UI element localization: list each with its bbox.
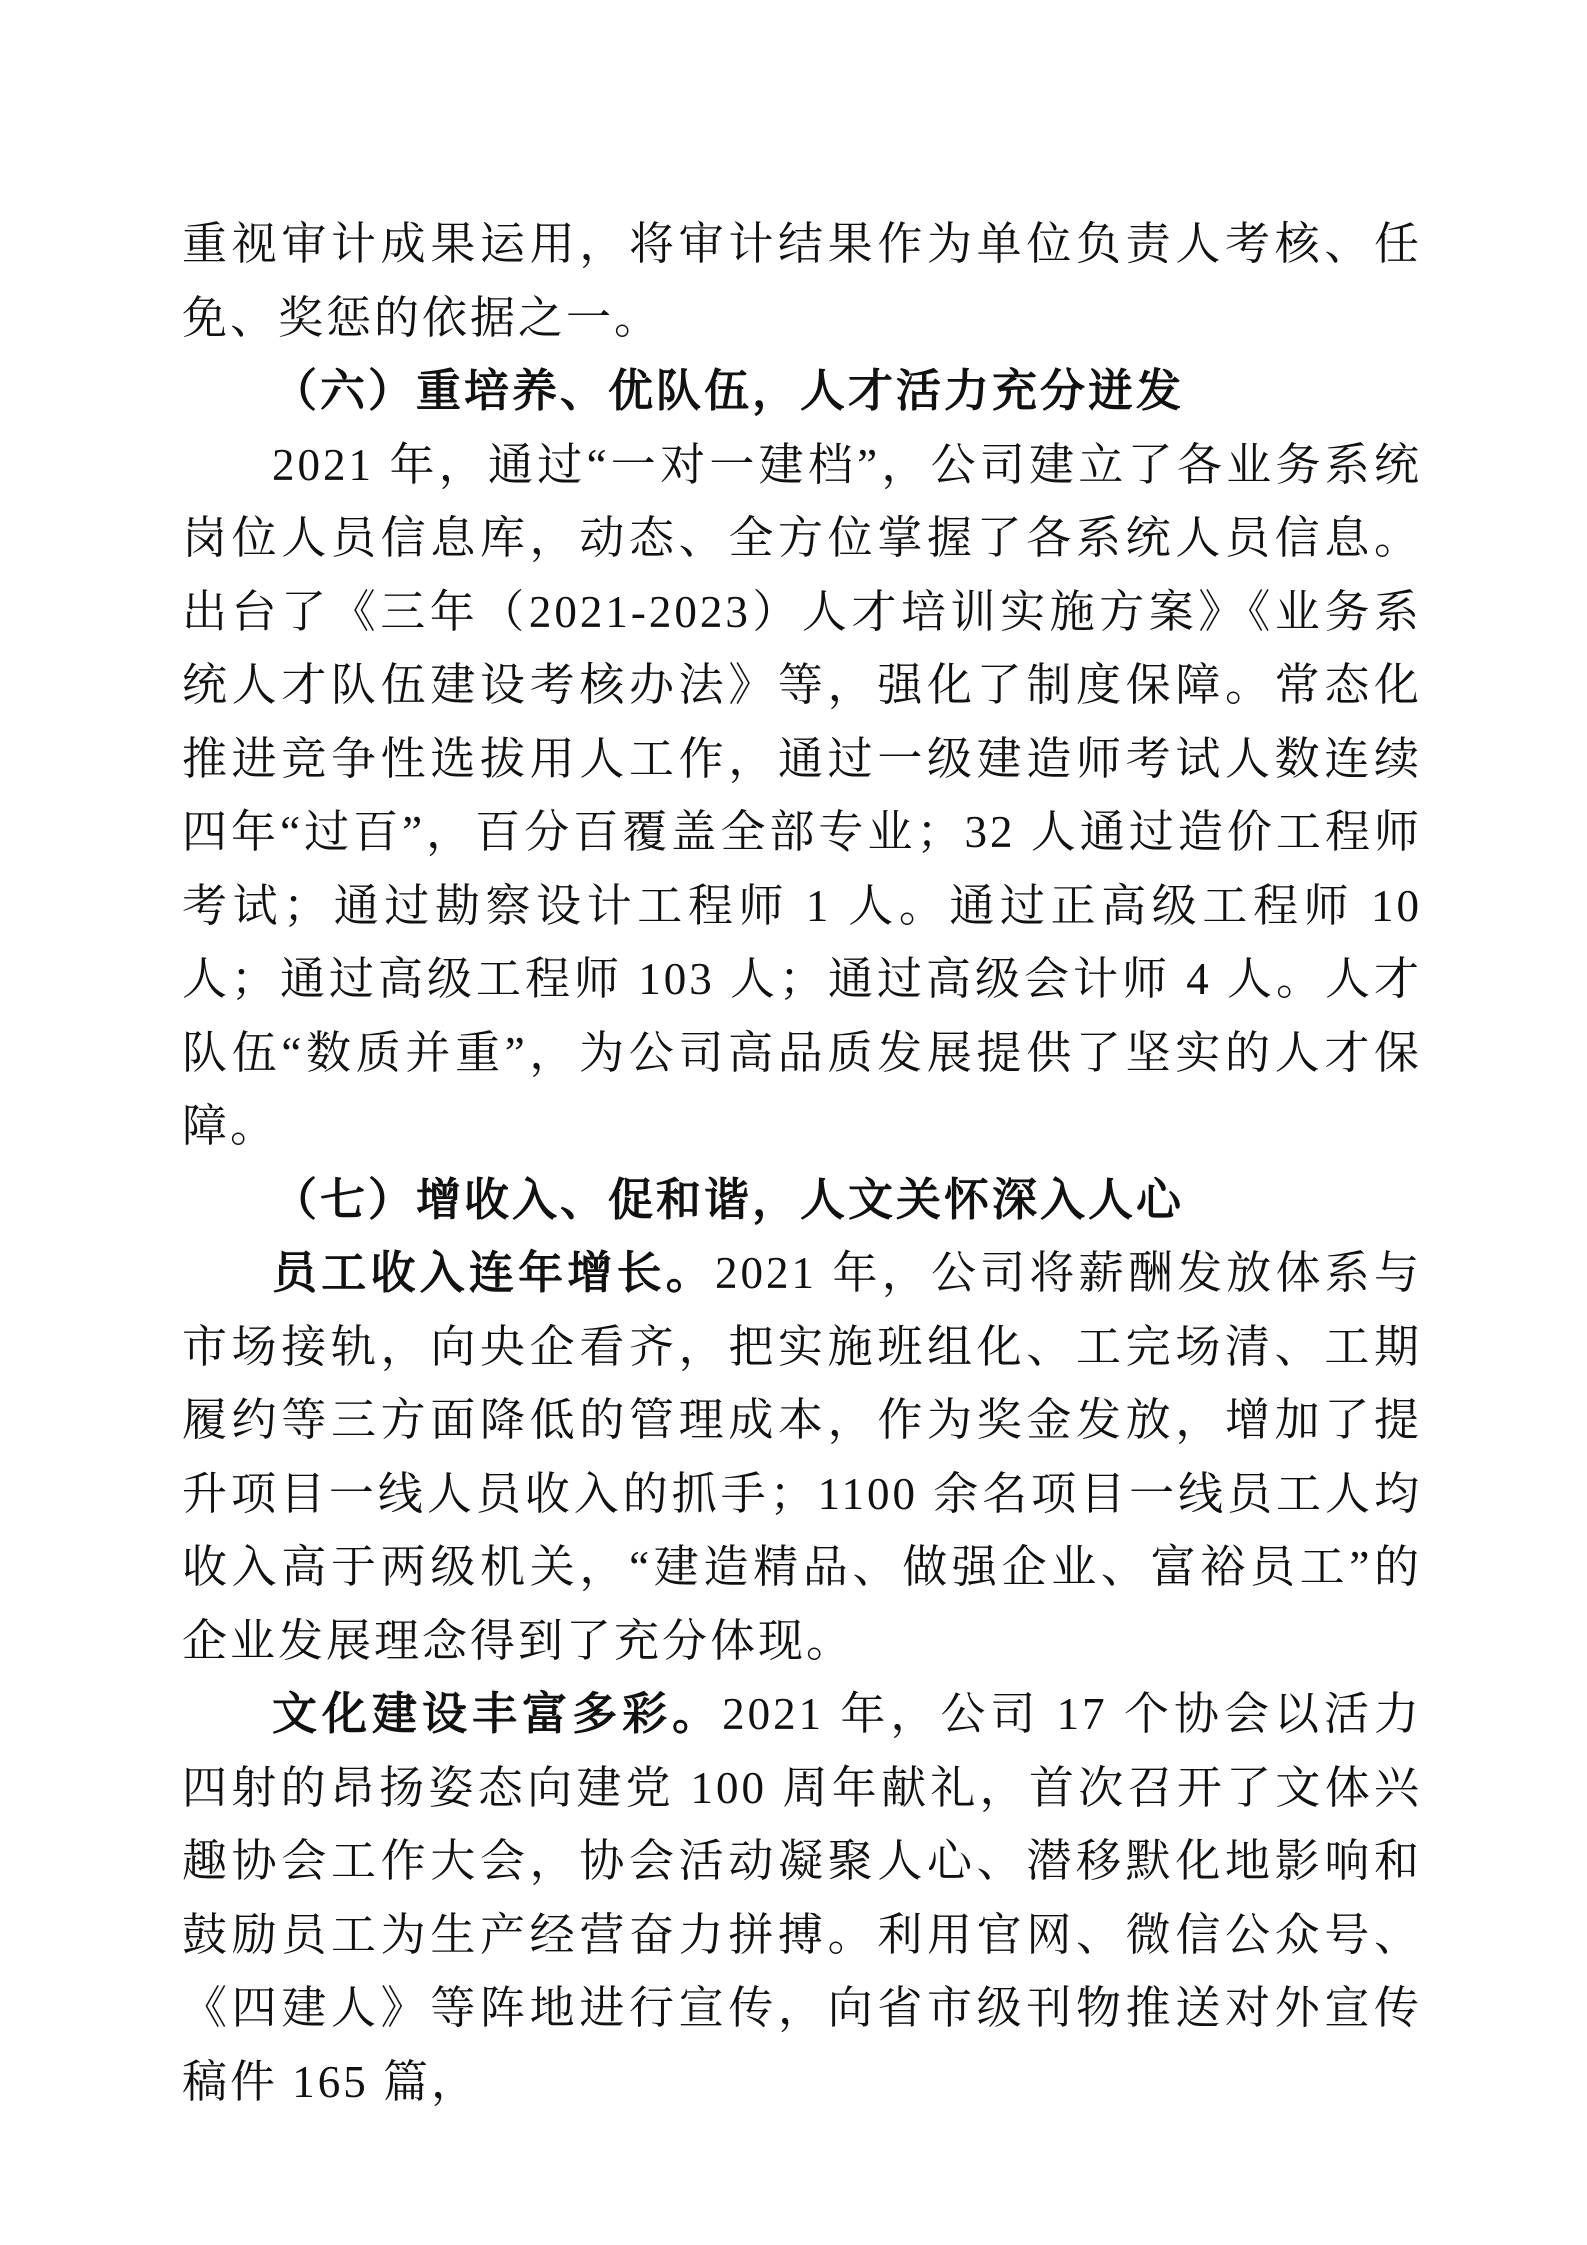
paragraph-text: 2021 年，公司将薪酬发放体系与市场接轨，向央企看齐，把实施班组化、工完场清、… bbox=[182, 1248, 1422, 1666]
paragraph-culture-building: 文化建设丰富多彩。2021 年，公司 17 个协会以活力四射的昂扬姿态向建党 1… bbox=[182, 1678, 1422, 2119]
paragraph-lead-bold: 员工收入连年增长。 bbox=[272, 1248, 715, 1298]
paragraph-talent-development: 2021 年，通过“一对一建档”，公司建立了各业务系统岗位人员信息库，动态、全方… bbox=[182, 429, 1422, 1164]
section-heading-six: （六）重培养、优队伍，人才活力充分迸发 bbox=[182, 355, 1422, 429]
paragraph-audit-continuation: 重视审计成果运用，将审计结果作为单位负责人考核、任免、奖惩的依据之一。 bbox=[182, 208, 1422, 355]
heading-text: （六）重培养、优队伍，人才活力充分迸发 bbox=[272, 366, 1184, 416]
paragraph-text: 重视审计成果运用，将审计结果作为单位负责人考核、任免、奖惩的依据之一。 bbox=[182, 219, 1422, 343]
paragraph-text: 2021 年，通过“一对一建档”，公司建立了各业务系统岗位人员信息库，动态、全方… bbox=[182, 440, 1422, 1152]
paragraph-text: 2021 年，公司 17 个协会以活力四射的昂扬姿态向建党 100 周年献礼，首… bbox=[182, 1689, 1422, 2107]
heading-text: （七）增收入、促和谐，人文关怀深入人心 bbox=[272, 1175, 1184, 1225]
section-heading-seven: （七）增收入、促和谐，人文关怀深入人心 bbox=[182, 1164, 1422, 1238]
paragraph-employee-income: 员工收入连年增长。2021 年，公司将薪酬发放体系与市场接轨，向央企看齐，把实施… bbox=[182, 1237, 1422, 1678]
document-page: 重视审计成果运用，将审计结果作为单位负责人考核、任免、奖惩的依据之一。 （六）重… bbox=[0, 0, 1587, 2245]
paragraph-lead-bold: 文化建设丰富多彩。 bbox=[272, 1689, 722, 1739]
document-body: 重视审计成果运用，将审计结果作为单位负责人考核、任免、奖惩的依据之一。 （六）重… bbox=[182, 208, 1422, 2119]
